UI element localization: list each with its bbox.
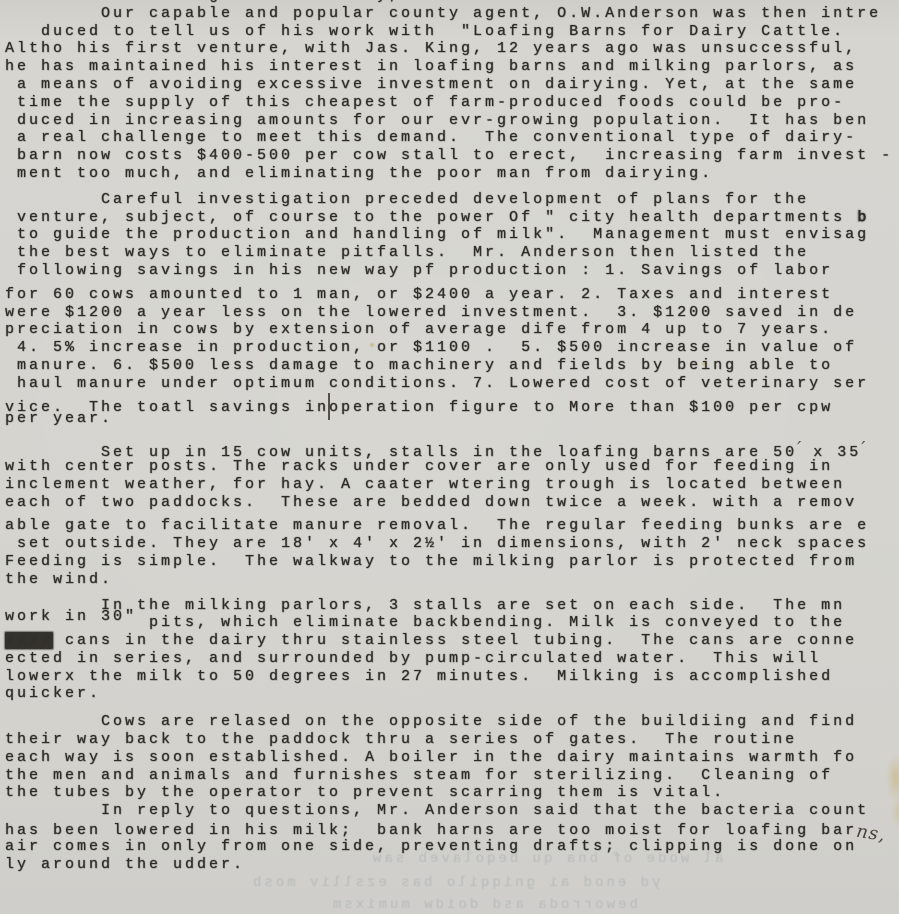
text-line: venture, subject, of course to the power… <box>5 209 899 227</box>
text-line: ected in series, and surrounded by pump-… <box>5 650 899 668</box>
text-line: duced to tell us of his work with "Loafi… <box>5 23 899 41</box>
text-segment: venture, subject, of course to the power… <box>5 209 857 226</box>
pen-prime-mark: ′ <box>861 438 865 459</box>
text-line: the men and animals and furnishes steam … <box>5 767 899 785</box>
text-line: their way back to the paddock thru a ser… <box>5 731 899 749</box>
text-line: Our capable and popular county agent, O.… <box>5 5 899 23</box>
text-line: a real challenge to meet this demand. Th… <box>5 129 899 147</box>
text-line: the best ways to eliminate pitfalls. Mr.… <box>5 244 899 262</box>
text-line: work in 30" pits, which eliminate backbe… <box>5 614 899 632</box>
struck-out-word: xxxx <box>5 632 53 649</box>
text-line: he has maintained his interest in loafin… <box>5 58 899 76</box>
text-line: the tubes by the operator to prevent sca… <box>5 784 899 802</box>
text-line: each way is soon established. A boiler i… <box>5 749 899 767</box>
text-line: Careful investigation preceded developme… <box>5 191 899 209</box>
handwritten-addition: ns, <box>855 823 887 845</box>
text-line: following savings in his new way pf prod… <box>5 262 899 280</box>
text-segment: operation figure to More than $100 per c… <box>329 399 833 416</box>
bleedthrough-text: beworroda asd doidw mumixsm <box>330 897 638 913</box>
paragraph-gap <box>5 589 899 597</box>
text-line: In the milking parlors, 3 stalls are set… <box>5 597 899 615</box>
text-line: were $1200 a year less on the lowered in… <box>5 304 899 322</box>
text-line: Feeding is simple. The walkway to the mi… <box>5 553 899 571</box>
text-line: xxxx cans in the dairy thru stainless st… <box>5 632 899 650</box>
text-line: Cows are relased on the opposite side of… <box>5 713 899 731</box>
typewritten-text: meeting of the county, and invited them … <box>5 0 899 873</box>
text-line: a means of avoiding excessive investment… <box>5 76 899 94</box>
text-segment: has been lowered in his milk; bank harns… <box>5 822 857 839</box>
scanned-document-page: meeting of the county, and invited them … <box>0 0 899 914</box>
text-line: to guide the production and handling of … <box>5 226 899 244</box>
text-line: barn now costs $400-500 per cow stall to… <box>5 147 899 165</box>
text-line: haul manure under optimum conditions. 7.… <box>5 375 899 393</box>
paragraph-gap <box>5 183 899 191</box>
text-line: quicker. <box>5 685 899 703</box>
paragraph-gap <box>5 428 899 440</box>
text-segment: b <box>857 209 869 226</box>
text-line: able gate to facilitate manure removal. … <box>5 517 899 535</box>
bleedthrough-text: al wode of bna qu beqolaveb saw <box>370 851 723 867</box>
text-segment: pits, which eliminate backbending. Milk … <box>137 614 845 631</box>
paragraph-gap <box>5 703 899 713</box>
text-line: ment too much, and eliminating the poor … <box>5 165 899 183</box>
bleedthrough-text: yd enod ai gniqqilo bas ezslliv mosb <box>250 875 660 891</box>
text-line: for 60 cows amounted to 1 man, or $2400 … <box>5 286 899 304</box>
text-segment: cans in the dairy thru stainless steel t… <box>53 632 857 649</box>
text-segment: work in 30" <box>5 608 137 625</box>
text-line: 4. 5% increase in production, or $1100 .… <box>5 339 899 357</box>
text-line: time the supply of this cheapest of farm… <box>5 94 899 112</box>
text-line: has been lowered in his milk; bank harns… <box>5 820 899 838</box>
text-line: Altho his first venture, with Jas. King,… <box>5 40 899 58</box>
text-line: set outside. They are 18' x 4' x 2½' in … <box>5 535 899 553</box>
text-line: Set up in 15 cow units, stalls in the lo… <box>5 440 899 458</box>
text-line: preciation in cows by extension of avera… <box>5 321 899 339</box>
text-line: inclement weather, for hay. A caater wte… <box>5 476 899 494</box>
text-line: each of two paddocks. These are bedded d… <box>5 494 899 512</box>
text-line: vice. The toatl savings in|operation fig… <box>5 393 899 411</box>
text-line: duced in increasing amounts for our evr-… <box>5 112 899 130</box>
text-line: lowerx the milk to 50 degrees in 27 minu… <box>5 668 899 686</box>
text-line: In reply to questions, Mr. Anderson said… <box>5 802 899 820</box>
text-line: with center posts. The racks under cover… <box>5 458 899 476</box>
text-line: the wind. <box>5 571 899 589</box>
text-line: manure. 6. $500 less damage to machinery… <box>5 357 899 375</box>
